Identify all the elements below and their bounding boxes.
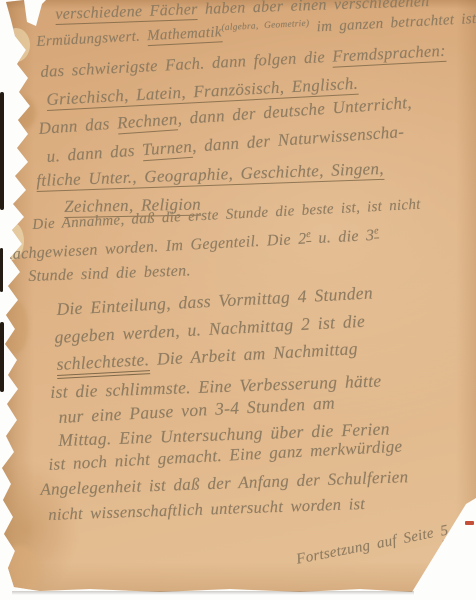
handwritten-text-segment: Fortsetzung auf Seite [295, 524, 442, 568]
handwritten-text-segment: Mathematik [147, 24, 222, 46]
handwritten-line: nicht wissenschaftlich untersucht worden… [48, 494, 366, 525]
continuation-note: Fortsetzung auf Seite 5 [295, 522, 450, 568]
handwritten-text-segment: im ganzen betrachtet ist [309, 11, 476, 36]
handwritten-text-segment: u. dann das [46, 140, 143, 166]
handwritten-text-segment: Die Arbeit am Nachmittag [149, 338, 359, 369]
handwritten-text-segment: Dann das [38, 114, 118, 138]
handwritten-text-segment: e [374, 225, 379, 238]
handwritten-line: Stunde sind die besten. [28, 262, 191, 286]
handwritten-text-segment: schlechteste. [56, 349, 150, 379]
handwritten-text-segment: verschiedene Fächer [55, 1, 198, 25]
handwritten-text-segment: u. die 3 [311, 227, 375, 247]
manuscript-page: verschiedene Fächer haben aber einen ver… [0, 0, 476, 600]
handwriting-layer: verschiedene Fächer haben aber einen ver… [0, 0, 476, 600]
handwritten-text-segment: Ermüdungswert. [36, 28, 148, 50]
scanner-edge-artifact [0, 92, 4, 210]
handwritten-text-segment: Rechnen [116, 109, 178, 134]
handwritten-text-segment: Stunde sind die besten. [28, 262, 191, 285]
red-mark [465, 521, 474, 525]
handwritten-text-segment: Fremdsprachen: [332, 41, 447, 68]
paper-bottom-shadow [12, 591, 414, 595]
scanner-edge-artifact [0, 322, 4, 392]
handwritten-text-segment: Turnen [141, 137, 192, 161]
handwritten-text-segment: das schwierigste Fach. dann folgen die [40, 47, 333, 81]
handwritten-text-segment: (algebra, Geometrie) [221, 19, 309, 34]
scanner-edge-artifact [0, 248, 3, 292]
handwritten-text-segment: , dann der Naturwissenscha- [191, 122, 404, 156]
handwritten-text-segment: nicht wissenschaftlich untersucht worden… [48, 494, 365, 524]
handwritten-text-segment: nachgewiesen worden. Im Gegenteil. Die 2 [4, 231, 307, 264]
